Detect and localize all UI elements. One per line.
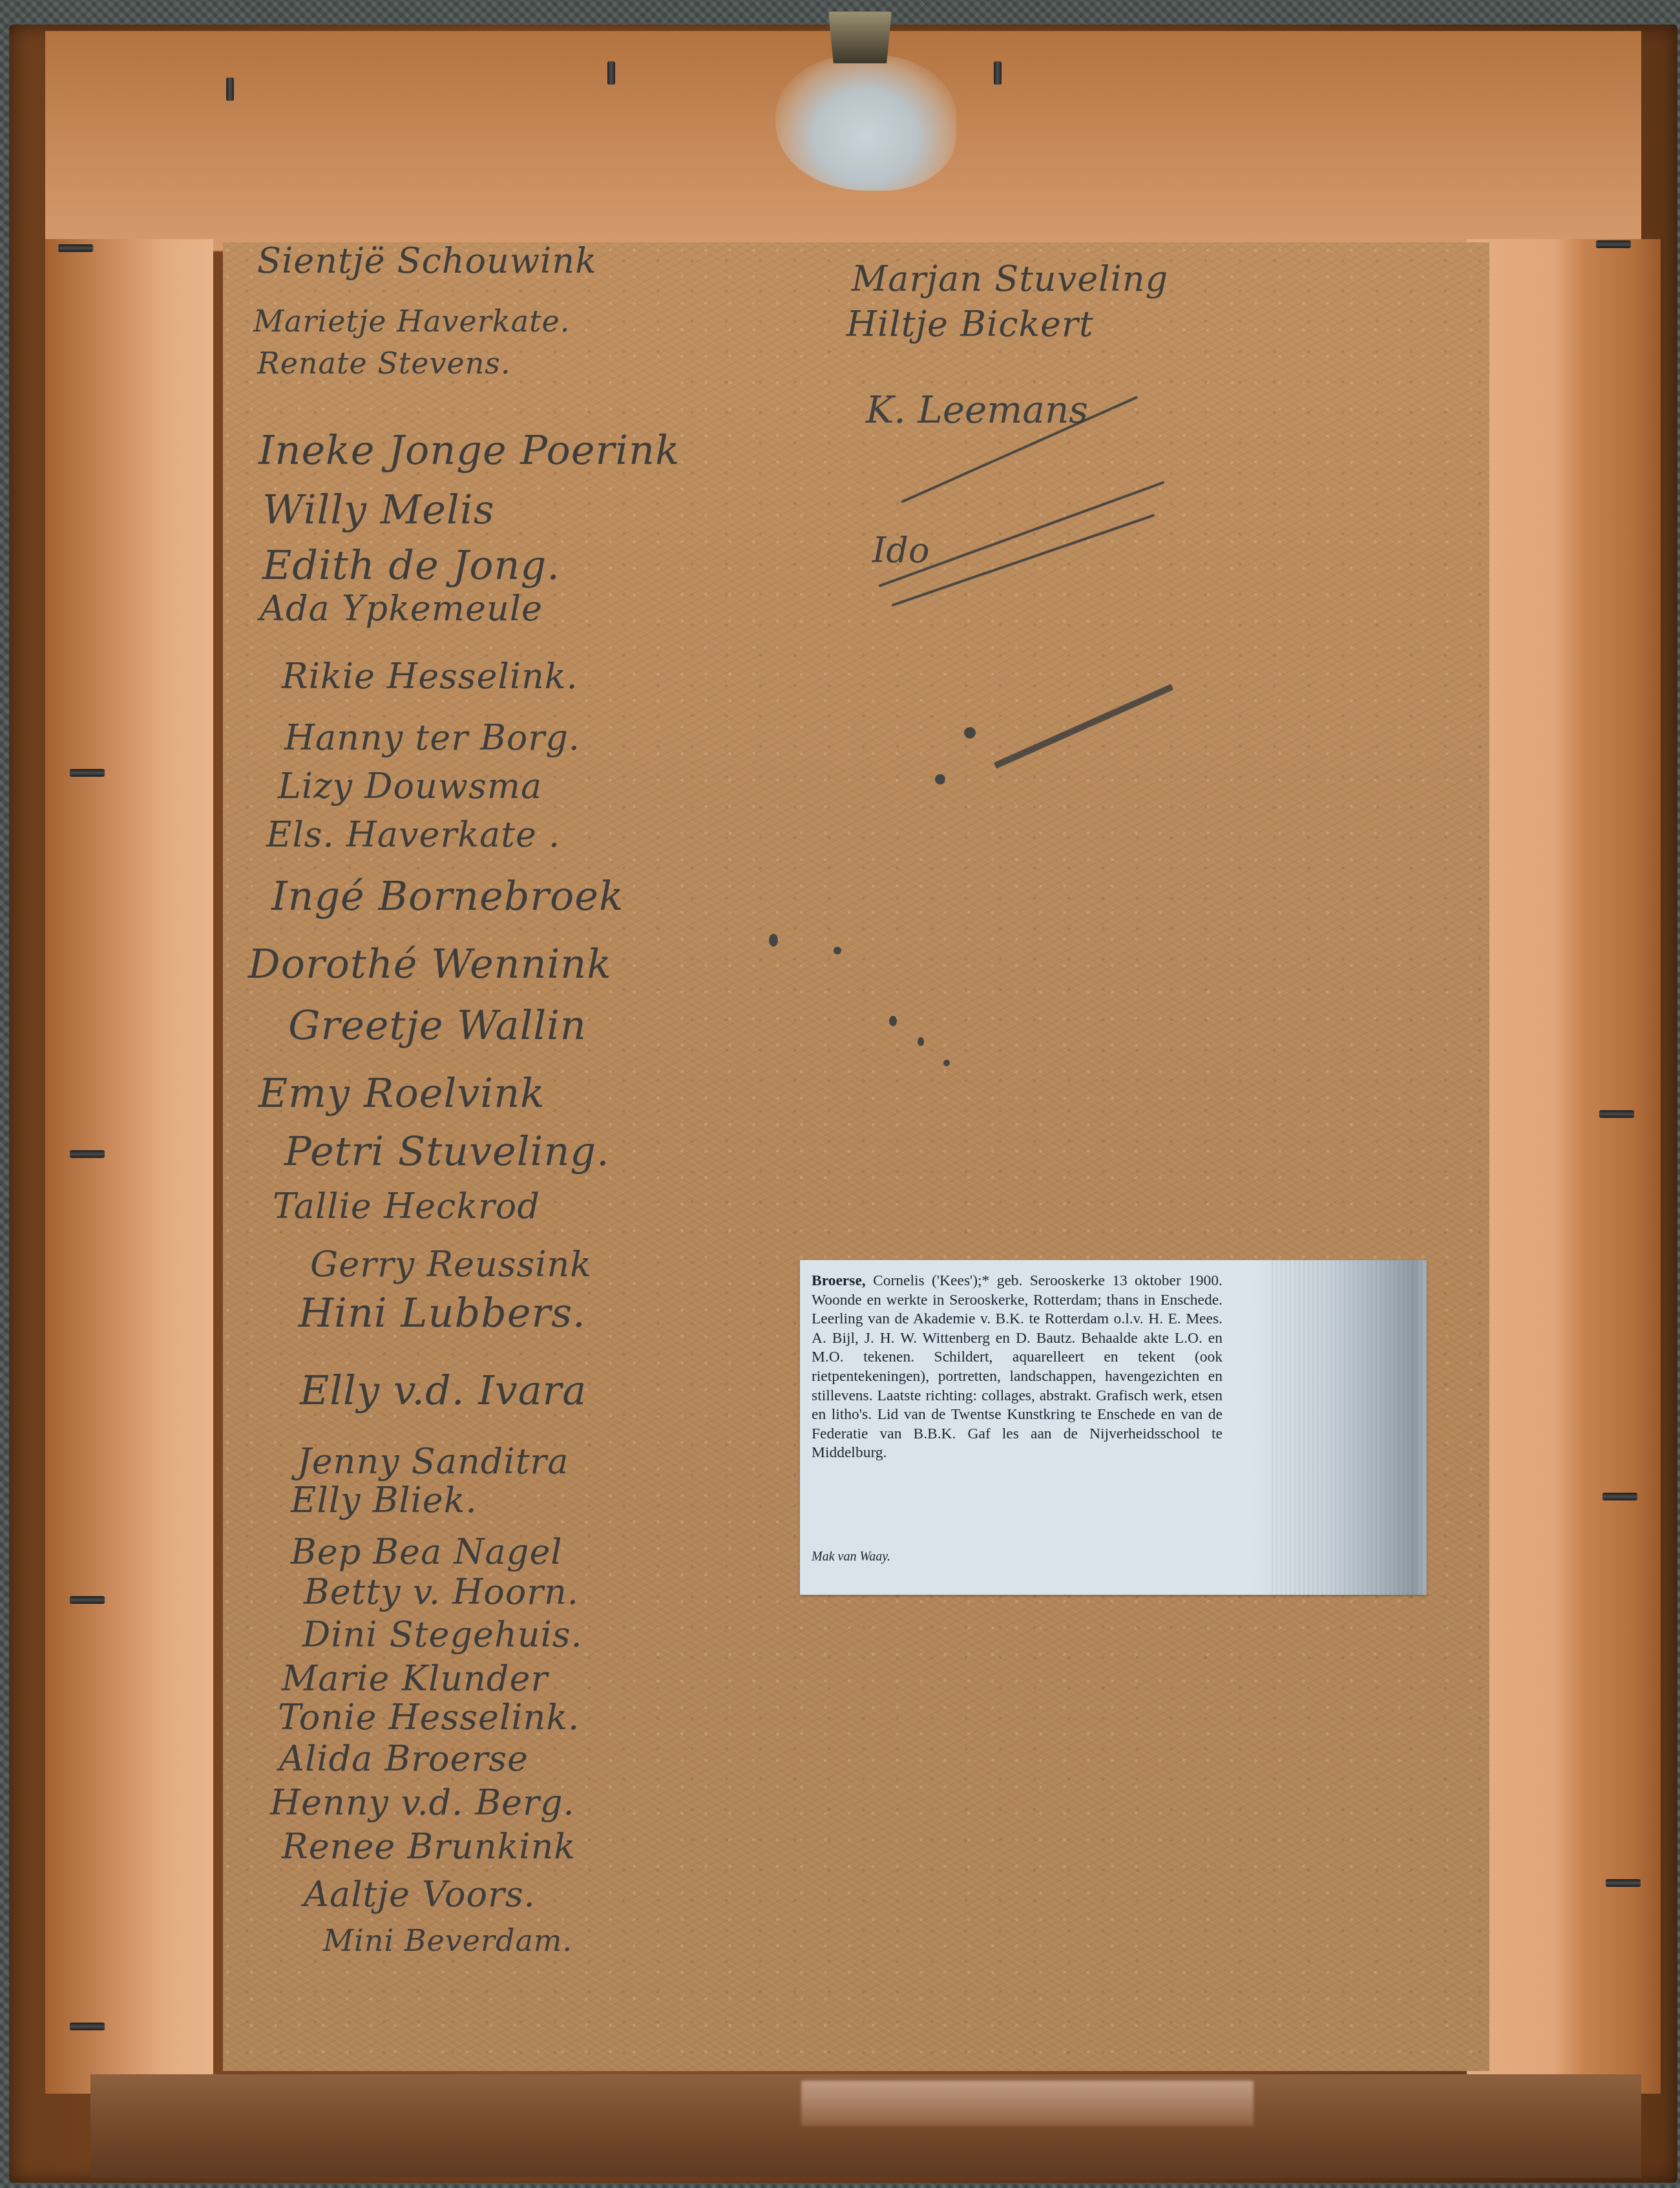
name-line: Elly Bliek.	[291, 1480, 478, 1520]
name-line: Elly v.d. Ivara	[300, 1367, 587, 1414]
name-line: Willy Melis	[262, 486, 495, 533]
ink-splatter	[834, 947, 841, 954]
name-line: Els. Haverkate .	[266, 814, 560, 855]
name-line: Ingé Bornebroek	[271, 872, 624, 920]
biography-clipping: Broerse, Cornelis ('Kees');* geb. Seroos…	[800, 1260, 1427, 1595]
clipping-source: Mak van Waay.	[812, 1550, 890, 1564]
name-line: Marie Klunder	[282, 1658, 548, 1699]
name-line: Alida Broerse	[279, 1738, 529, 1779]
name-line: Aaltje Voors.	[304, 1874, 536, 1915]
name-line: Ineke Jonge Poerink	[258, 426, 680, 474]
name-line: Renate Stevens.	[257, 346, 511, 381]
name-line: Tonie Hesselink.	[278, 1697, 580, 1738]
clipping-surname: Broerse,	[812, 1272, 866, 1289]
name-line: Hini Lubbers.	[299, 1289, 586, 1336]
ink-splatter	[935, 774, 945, 784]
name-line: Sientjë Schouwink	[257, 240, 597, 281]
name-line: Marietje Haverkate.	[253, 304, 570, 339]
name-line: Rikie Hesselink.	[282, 656, 578, 697]
name-line: Jenny Sanditra	[297, 1441, 569, 1482]
clipping-body: Cornelis ('Kees');* geb. Serooskerke 13 …	[812, 1272, 1223, 1461]
clipping-text: Broerse, Cornelis ('Kees');* geb. Seroos…	[812, 1272, 1223, 1463]
ink-splatter	[769, 934, 778, 947]
name-line: Mini Beverdam.	[323, 1923, 572, 1958]
name-line: Tallie Heckrod	[273, 1186, 540, 1226]
name-line: Hiltje Bickert	[846, 304, 1094, 344]
name-line: Gerry Reussink	[310, 1244, 592, 1285]
name-line: Edith de Jong.	[262, 542, 560, 589]
name-line: Dorothé Wennink	[248, 940, 612, 987]
name-line: Hanny ter Borg.	[284, 717, 580, 758]
ink-splatter	[918, 1037, 924, 1046]
name-line: Betty v. Hoorn.	[304, 1572, 579, 1612]
ink-splatter	[994, 684, 1173, 768]
name-line: Renee Brunkink	[282, 1826, 576, 1867]
ink-splatter	[964, 727, 976, 739]
name-line: Bep Bea Nagel	[291, 1531, 563, 1572]
signature: K. Leemans	[866, 388, 1088, 432]
name-line: Greetje Wallin	[288, 1002, 587, 1049]
name-line: Petri Stuveling.	[284, 1128, 610, 1175]
ink-splatter	[889, 1016, 897, 1026]
name-line: Emy Roelvink	[258, 1069, 545, 1117]
scan-stripes	[1272, 1260, 1427, 1595]
handwritten-names: Sientjë Schouwink Marietje Haverkate. Re…	[0, 0, 1680, 2188]
name-line: Marjan Stuveling	[852, 258, 1168, 299]
signature-strike-line	[891, 514, 1155, 607]
ink-splatter	[943, 1060, 950, 1066]
name-line: Lizy Douwsma	[278, 766, 542, 806]
name-line: Ada Ypkemeule	[260, 588, 543, 629]
name-line: Henny v.d. Berg.	[270, 1782, 575, 1823]
name-line: Dini Stegehuis.	[302, 1614, 583, 1655]
signature: Ido	[872, 530, 929, 571]
